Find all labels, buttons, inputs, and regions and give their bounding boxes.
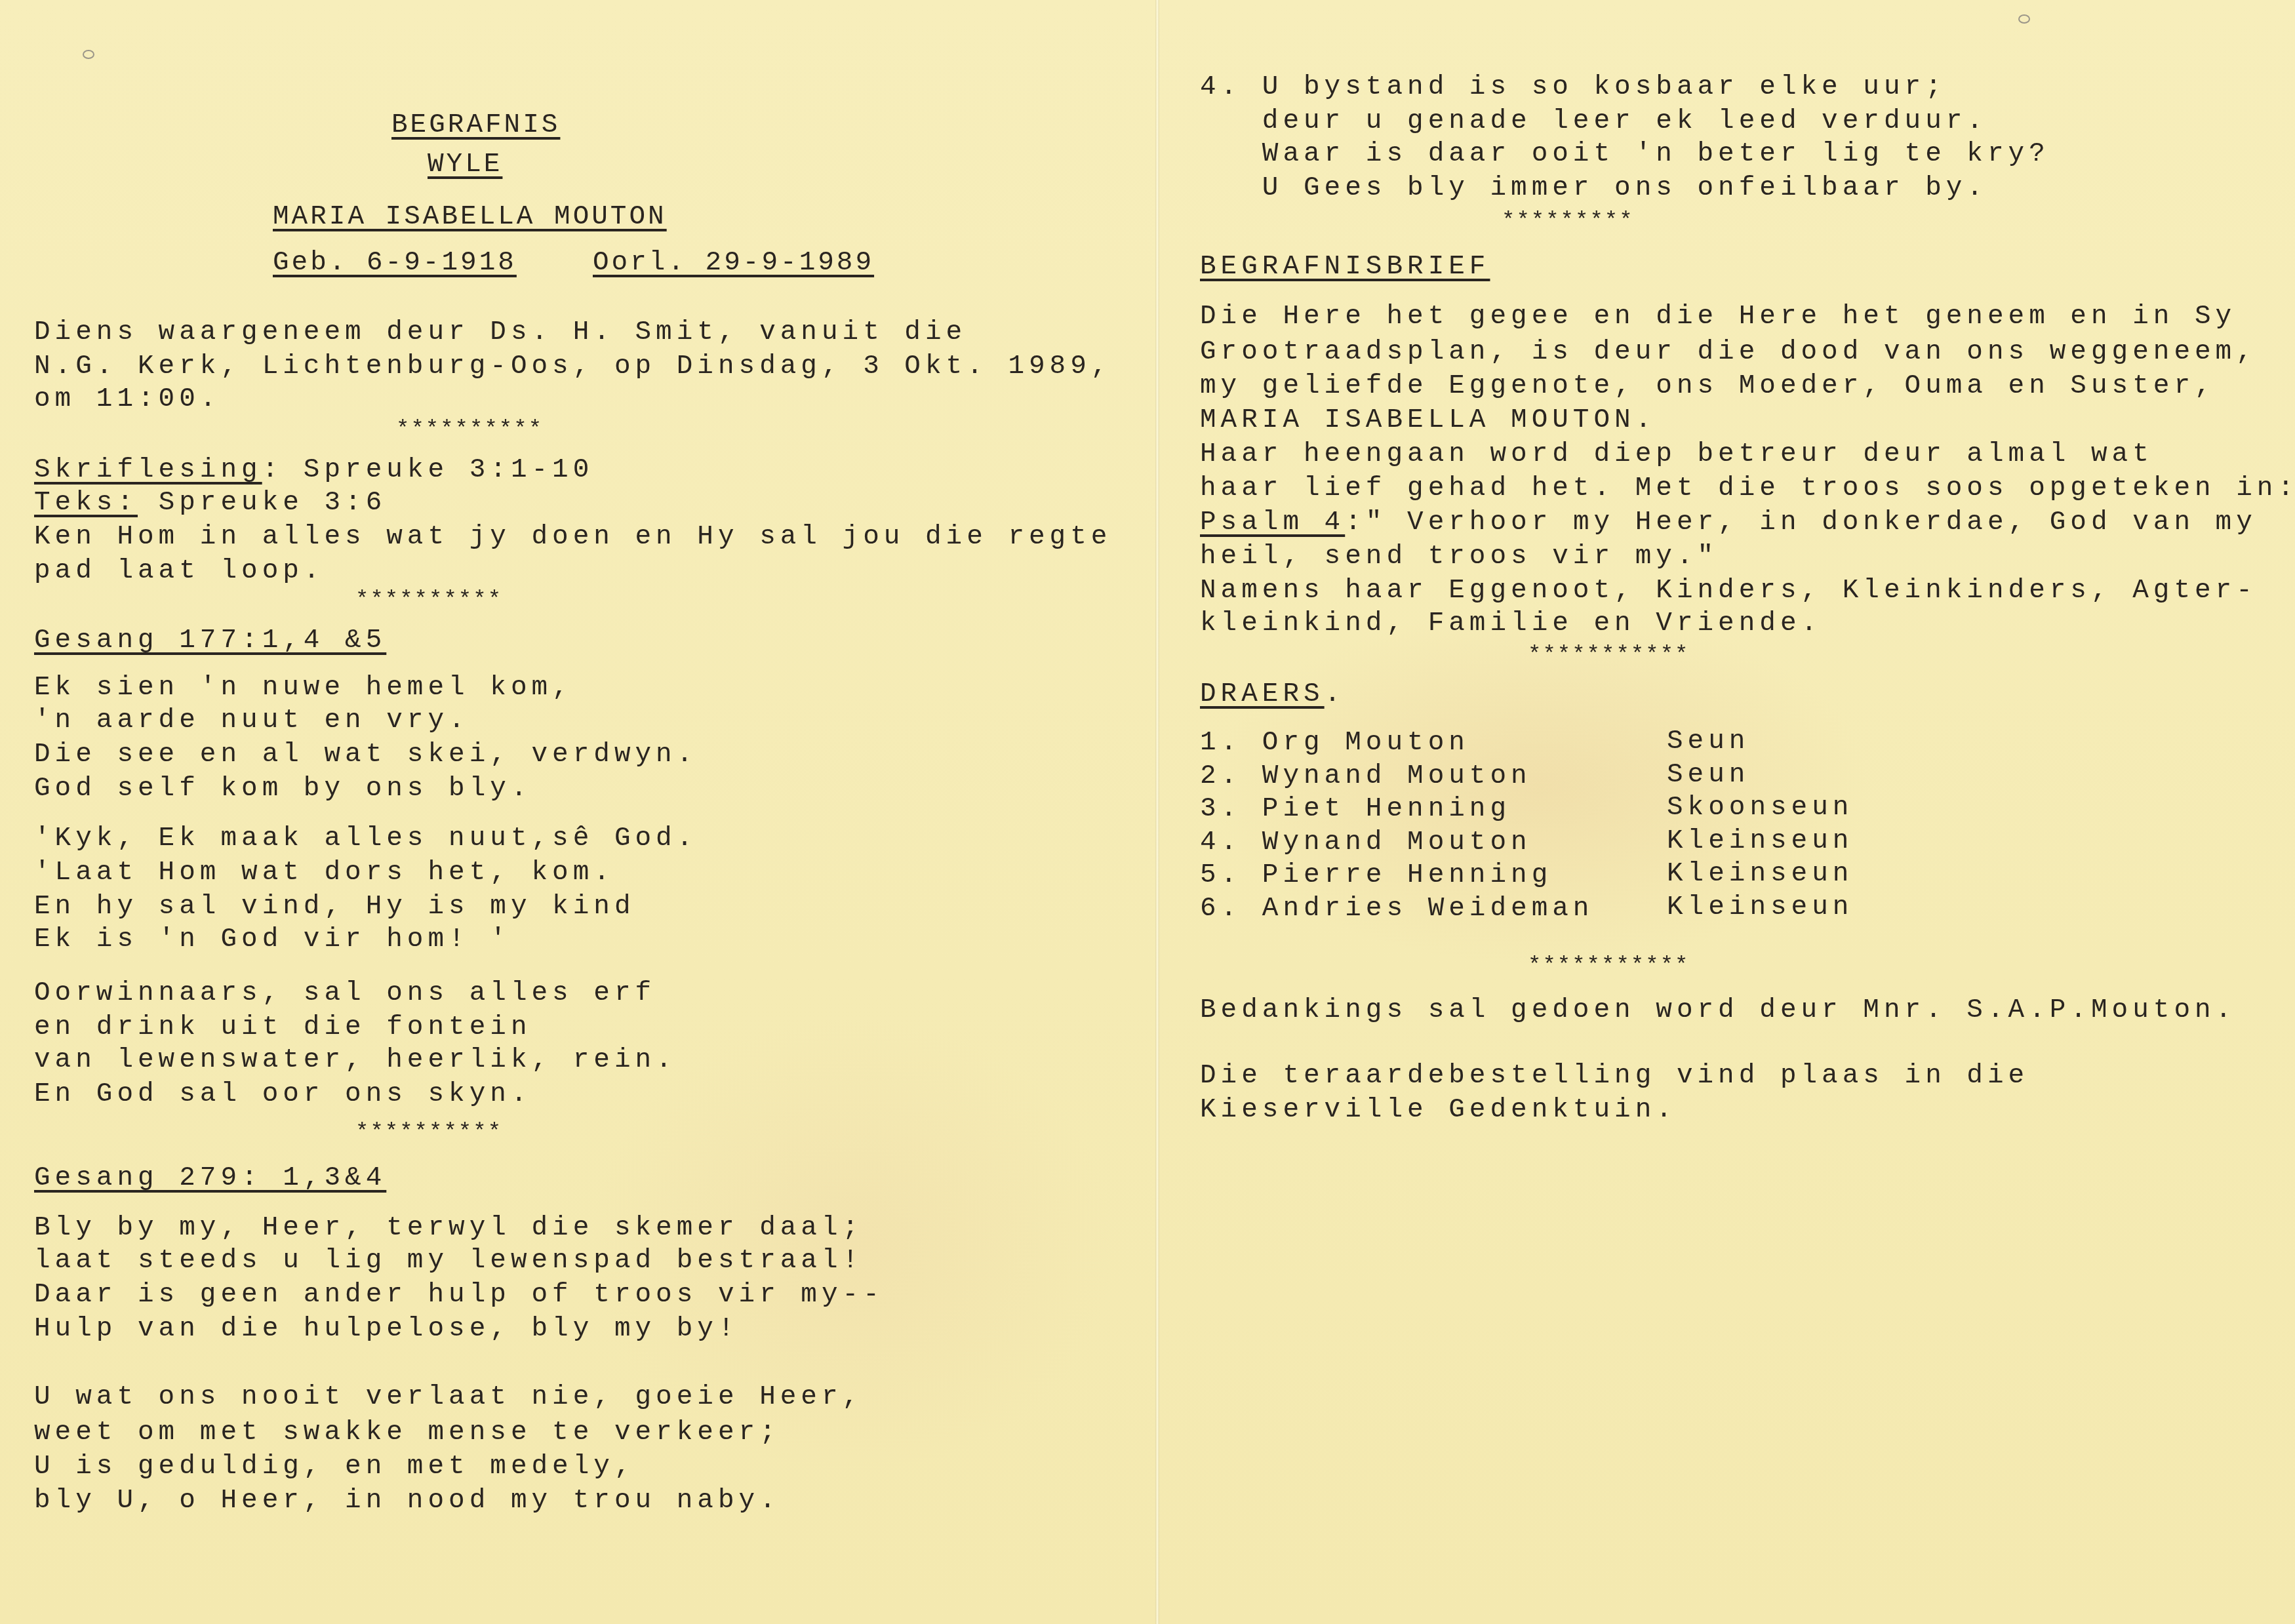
hymn-2-title: Gesang 279: 1,3&4 [34,1162,386,1195]
hymn-line: 4. U bystand is so kosbaar elke uur; [1200,71,1946,104]
bearer-number: 1. [1200,728,1262,758]
hymn-line: En hy sal vind, Hy is my kind [34,890,635,923]
service-line: Diens waargeneem deur Ds. H. Smit, vanui… [34,316,967,349]
sermon-text: Teks: Spreuke 3:6 [34,486,386,519]
hymn-line: van lewenswater, heerlik, rein. [34,1044,677,1077]
bearer-name-text: Andries Weideman [1262,894,1594,924]
hymn-line: weet om met swakke mense te verkeer; [34,1416,780,1449]
bearer-number: 5. [1200,860,1262,890]
hymn-line: Ek is 'n God vir hom! ' [34,923,511,956]
hymn-line: U is geduldig, en met medely, [34,1450,635,1483]
bearer-name: 4. Wynand Mouton [1200,826,1532,859]
hymn-line: God self kom by ons bly. [34,772,532,805]
bearer-relation: Kleinseun [1667,892,1853,922]
punch-mark [2018,14,2030,24]
bearer-name: 1. Org Mouton [1200,726,1469,759]
bearer-number: 6. [1200,894,1262,924]
bearer-relation: Seun [1667,760,1749,790]
psalm-quote: :" Verhoor my Heer, in donkerdae, God va… [1345,507,2257,538]
hymn-line: Waar is daar ooit 'n beter lig te kry? [1200,138,2050,170]
hymn-line: 'n aarde nuut en vry. [34,704,469,737]
service-line: om 11:00. [34,383,220,416]
letter-line: Namens haar Eggenoot, Kinders, Kleinkind… [1200,574,2257,607]
separator: *********** [1528,643,1689,667]
hymn-line: Oorwinnaars, sal ons alles erf [34,977,656,1010]
bearer-number: 2. [1200,761,1262,791]
bearer-number: 4. [1200,827,1262,858]
letter-line: Grootraadsplan, is deur die dood van ons… [1200,336,2257,368]
service-line: N.G. Kerk, Lichtenburg-Oos, op Dinsdag, … [34,350,1111,383]
hymn-line: U wat ons nooit verlaat nie, goeie Heer, [34,1381,863,1414]
letter-line: kleinkind, Familie en Vriende. [1200,607,1822,640]
hymn-line: Ek sien 'n nuwe hemel kom, [34,671,573,704]
bearer-name-text: Wynand Mouton [1262,827,1532,858]
hymn-line: laat steeds u lig my lewenspad bestraal! [34,1244,863,1277]
letter-title: BEGRAFNISBRIEF [1200,250,1490,283]
deceased-name: MARIA ISABELLA MOUTON [273,202,667,232]
psalm-label: Psalm 4 [1200,507,1345,538]
letter-line: MARIA ISABELLA MOUTON. [1200,404,1656,437]
separator: ********** [355,587,502,612]
scripture-reading-label: Skriflesing [34,455,262,485]
hymn-line: 'Kyk, Ek maak alles nuut,sê God. [34,822,697,855]
hymn-line: deur u genade leer ek leed verduur. [1200,105,1987,138]
bearer-relation: Seun [1667,726,1749,757]
bearer-name: 3. Piet Henning [1200,793,1511,825]
burial-line: Kieserville Gedenktuin. [1200,1094,1677,1126]
document-title: BEGRAFNIS [391,110,560,140]
hymn-line: Bly by my, Heer, terwyl die skemer daal; [34,1212,863,1244]
separator: ********** [396,417,543,442]
bearer-name-text: Wynand Mouton [1262,761,1532,791]
verse-line: pad laat loop. [34,555,324,587]
bearer-relation: Skoonseun [1667,793,1853,823]
scripture-reading-value: : Spreuke 3:1-10 [262,455,594,485]
bearer-name-text: Org Mouton [1262,728,1469,758]
hymn-line: En God sal oor ons skyn. [34,1078,532,1111]
death-date: Oorl. 29-9-1989 [593,248,874,278]
bearer-name-text: Pierre Henning [1262,860,1552,890]
thanks-line: Bedankings sal gedoen word deur Mnr. S.A… [1200,994,2236,1027]
page-fold [1155,0,1159,1624]
letter-line: my geliefde Eggenote, ons Moeder, Ouma e… [1200,370,2216,403]
hymn-line: U Gees bly immer ons onfeilbaar by. [1200,172,1987,205]
bearer-relation: Kleinseun [1667,859,1853,889]
bearer-name: 6. Andries Weideman [1200,892,1593,925]
letter-line: Die Here het gegee en die Here het genee… [1200,300,2236,333]
verse-line: Ken Hom in alles wat jy doen en Hy sal j… [34,521,1111,553]
burial-line: Die teraardebestelling vind plaas in die [1200,1060,2029,1092]
hymn-line: 'Laat Hom wat dors het, kom. [34,856,614,889]
punch-mark [83,50,94,59]
hymn-line: en drink uit die fontein [34,1011,532,1044]
bearer-relation: Kleinseun [1667,826,1853,856]
letter-line: heil, send troos vir my." [1200,540,1718,573]
bearer-name: 5. Pierre Henning [1200,859,1552,892]
bearer-name: 2. Wynand Mouton [1200,760,1532,793]
letter-line: Haar heengaan word diep betreur deur alm… [1200,438,2153,471]
bearers-heading: DRAERS. [1200,678,1345,711]
psalm-line: Psalm 4:" Verhoor my Heer, in donkerdae,… [1200,506,2257,539]
document-subtitle: WYLE [428,149,502,180]
sermon-text-label: Teks: [34,488,138,518]
birth-date: Geb. 6-9-1918 [273,248,517,278]
separator: *********** [1528,953,1689,978]
hymn-line: Daar is geen ander hulp of troos vir my-… [34,1278,884,1311]
letter-line: haar lief gehad het. Met die troos soos … [1200,472,2295,505]
hymn-line: Die see en al wat skei, verdwyn. [34,738,697,771]
sermon-text-value: Spreuke 3:6 [138,488,386,518]
bearer-number: 3. [1200,794,1262,824]
separator: ********* [1502,208,1634,233]
scripture-reading: Skriflesing: Spreuke 3:1-10 [34,454,593,486]
bearers-title: DRAERS [1200,679,1325,709]
bearers-title-suffix: . [1325,679,1346,709]
separator: ********** [355,1120,502,1145]
hymn-line: bly U, o Heer, in nood my trou naby. [34,1484,780,1517]
bearer-name-text: Piet Henning [1262,794,1511,824]
hymn-1-title: Gesang 177:1,4 &5 [34,624,386,657]
hymn-line: Hulp van die hulpelose, bly my by! [34,1313,739,1345]
